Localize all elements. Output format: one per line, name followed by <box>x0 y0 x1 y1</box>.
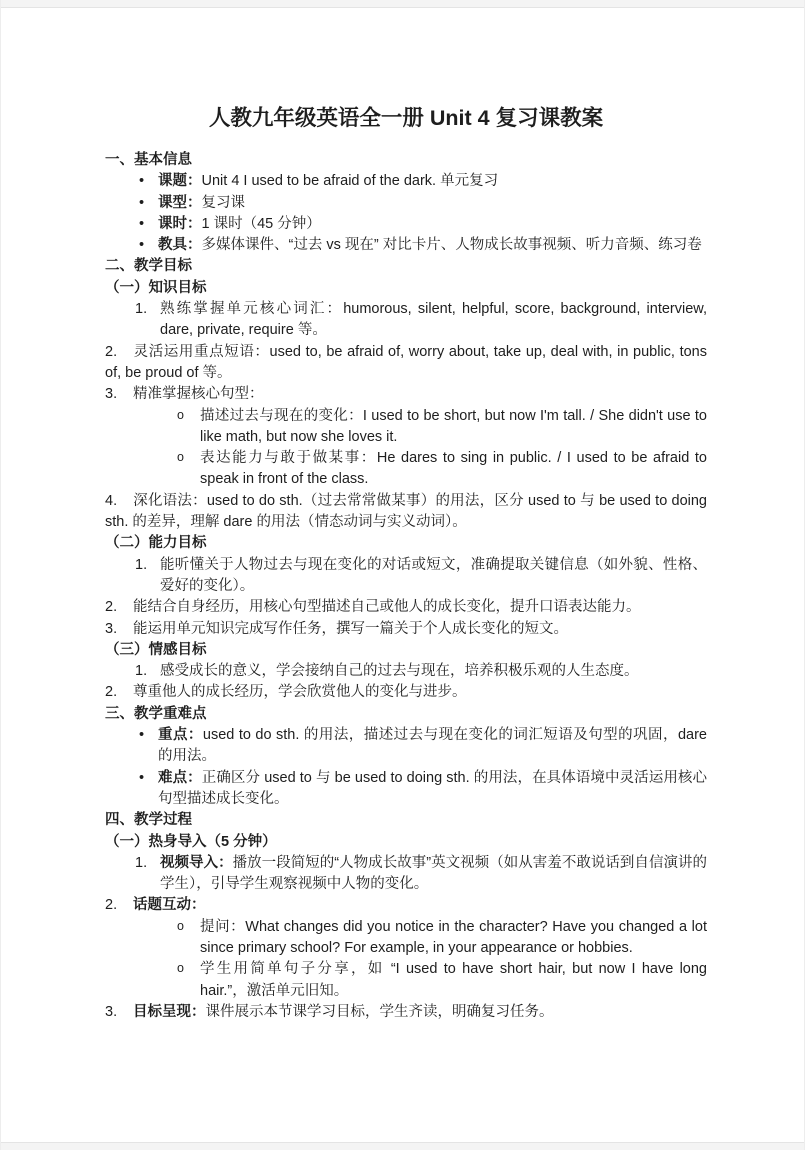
document-content: 人教九年级英语全一册 Unit 4 复习课教案 一、基本信息 •课题：Unit … <box>105 103 707 1023</box>
circle-bullet-icon: o <box>177 916 184 937</box>
emotion-item-1: 1.感受成长的意义，学会接纳自己的过去与现在，培养积极乐观的人生态度。 <box>105 661 707 682</box>
page-bottom-border <box>1 1142 804 1150</box>
warmup-item-3: 3.目标呈现：课件展示本节课学习目标，学生齐读，明确复习任务。 <box>105 1002 707 1023</box>
number-label: 1. <box>135 555 147 576</box>
section-objectives-heading: 二、教学目标 <box>105 256 707 277</box>
key-point-item: •重点：used to do sth. 的用法，描述过去与现在变化的词汇短语及句… <box>105 725 707 768</box>
item-text: 能听懂关于人物过去与现在变化的对话或短文，准确提取关键信息（如外貌、性格、爱好的… <box>160 557 707 594</box>
number-label: 1. <box>135 853 147 874</box>
item-text: 多媒体课件、“过去 vs 现在” 对比卡片、人物成长故事视频、听力音频、练习卷 <box>202 237 702 253</box>
number-label: 2. <box>105 682 133 703</box>
item-text: 表达能力与敢于做某事：He dares to sing in public. /… <box>200 450 707 487</box>
item-text: 灵活运用重点短语：used to, be afraid of, worry ab… <box>105 344 707 381</box>
subsection-emotion-heading: （三）情感目标 <box>105 640 707 661</box>
item-text: 正确区分 used to 与 be used to doing sth. 的用法… <box>158 770 707 807</box>
item-duration: •课时：1 课时（45 分钟） <box>105 214 707 235</box>
ability-item-2: 2.能结合自身经历，用核心句型描述自己或他人的成长变化，提升口语表达能力。 <box>105 597 707 618</box>
emotion-item-2: 2.尊重他人的成长经历，学会欣赏他人的变化与进步。 <box>105 682 707 703</box>
bullet-icon: • <box>139 235 144 256</box>
knowledge-item-2: 2.灵活运用重点短语：used to, be afraid of, worry … <box>105 342 707 385</box>
section-process-heading: 四、教学过程 <box>105 810 707 831</box>
number-label: 1. <box>135 661 147 682</box>
warmup-item-1: 1.视频导入：播放一段简短的“人物成长故事”英文视频（如从害羞不敢说话到自信演讲… <box>105 853 707 896</box>
page-top-border <box>1 0 804 8</box>
item-text: 能结合自身经历，用核心句型描述自己或他人的成长变化，提升口语表达能力。 <box>133 599 641 615</box>
knowledge-item-3: 3.精准掌握核心句型： <box>105 384 707 405</box>
number-label: 3. <box>105 1002 133 1023</box>
item-text: 学生用简单句子分享，如 “I used to have short hair, … <box>200 961 707 998</box>
number-label: 2. <box>105 342 133 363</box>
circle-bullet-icon: o <box>177 405 184 426</box>
warmup-share-item: o学生用简单句子分享，如 “I used to have short hair,… <box>105 959 707 1002</box>
item-label: 视频导入： <box>160 855 233 871</box>
bullet-icon: • <box>139 725 144 746</box>
item-label: 话题互动： <box>133 897 206 913</box>
item-text: 感受成长的意义，学会接纳自己的过去与现在，培养积极乐观的人生态度。 <box>160 663 639 679</box>
bullet-icon: • <box>139 214 144 235</box>
number-label: 3. <box>105 384 133 405</box>
ability-item-1: 1.能听懂关于人物过去与现在变化的对话或短文，准确提取关键信息（如外貌、性格、爱… <box>105 555 707 598</box>
bullet-icon: • <box>139 171 144 192</box>
number-label: 3. <box>105 619 133 640</box>
item-text: 提问：What changes did you notice in the ch… <box>200 919 707 956</box>
item-text: 尊重他人的成长经历，学会欣赏他人的变化与进步。 <box>133 684 467 700</box>
section-key-points-heading: 三、教学重难点 <box>105 704 707 725</box>
item-label: 课时： <box>158 216 202 232</box>
item-text: 描述过去与现在的变化：I used to be short, but now I… <box>200 408 707 445</box>
item-label: 重点： <box>158 727 203 743</box>
item-lesson-type: •课型：复习课 <box>105 193 707 214</box>
circle-bullet-icon: o <box>177 447 184 468</box>
item-text: 精准掌握核心句型： <box>133 386 264 402</box>
item-text: 能运用单元知识完成写作任务，撰写一篇关于个人成长变化的短文。 <box>133 621 568 637</box>
item-label: 教具： <box>158 237 202 253</box>
knowledge-item-1: 1.熟练掌握单元核心词汇：humorous, silent, helpful, … <box>105 299 707 342</box>
knowledge-item-4: 4.深化语法：used to do sth.（过去常常做某事）的用法，区分 us… <box>105 491 707 534</box>
ability-item-3: 3.能运用单元知识完成写作任务，撰写一篇关于个人成长变化的短文。 <box>105 619 707 640</box>
item-text: 复习课 <box>202 195 246 211</box>
sentence-pattern-item-2: o表达能力与敢于做某事：He dares to sing in public. … <box>105 448 707 491</box>
item-text: 课件展示本节课学习目标，学生齐读，明确复习任务。 <box>206 1004 554 1020</box>
warmup-item-2: 2.话题互动： <box>105 895 707 916</box>
item-label: 课型： <box>158 195 202 211</box>
document-page: 人教九年级英语全一册 Unit 4 复习课教案 一、基本信息 •课题：Unit … <box>0 0 805 1150</box>
number-label: 4. <box>105 491 133 512</box>
item-text: 1 课时（45 分钟） <box>202 216 321 232</box>
item-materials: •教具：多媒体课件、“过去 vs 现在” 对比卡片、人物成长故事视频、听力音频、… <box>105 235 707 256</box>
number-label: 2. <box>105 895 133 916</box>
warmup-question-item: o提问：What changes did you notice in the c… <box>105 917 707 960</box>
item-text: 熟练掌握单元核心词汇：humorous, silent, helpful, sc… <box>160 301 707 338</box>
bullet-icon: • <box>139 768 144 789</box>
section-basic-info-heading: 一、基本信息 <box>105 150 707 171</box>
difficult-point-item: •难点：正确区分 used to 与 be used to doing sth.… <box>105 768 707 811</box>
item-text: used to do sth. 的用法，描述过去与现在变化的词汇短语及句型的巩固… <box>158 727 707 764</box>
item-label: 难点： <box>158 770 202 786</box>
item-topic: •课题：Unit 4 I used to be afraid of the da… <box>105 171 707 192</box>
number-label: 2. <box>105 597 133 618</box>
sentence-pattern-item-1: o描述过去与现在的变化：I used to be short, but now … <box>105 406 707 449</box>
item-text: 播放一段简短的“人物成长故事”英文视频（如从害羞不敢说话到自信演讲的学生），引导… <box>160 855 707 892</box>
subsection-ability-heading: （二）能力目标 <box>105 533 707 554</box>
item-label: 课题： <box>158 173 202 189</box>
circle-bullet-icon: o <box>177 958 184 979</box>
subsection-knowledge-heading: （一）知识目标 <box>105 278 707 299</box>
item-text: 深化语法：used to do sth.（过去常常做某事）的用法，区分 used… <box>105 493 707 530</box>
item-label: 目标呈现： <box>133 1004 206 1020</box>
number-label: 1. <box>135 299 147 320</box>
doc-title: 人教九年级英语全一册 Unit 4 复习课教案 <box>105 103 707 134</box>
item-text: Unit 4 I used to be afraid of the dark. … <box>202 173 499 189</box>
bullet-icon: • <box>139 193 144 214</box>
subsection-warmup-heading: （一）热身导入（5 分钟） <box>105 832 707 853</box>
